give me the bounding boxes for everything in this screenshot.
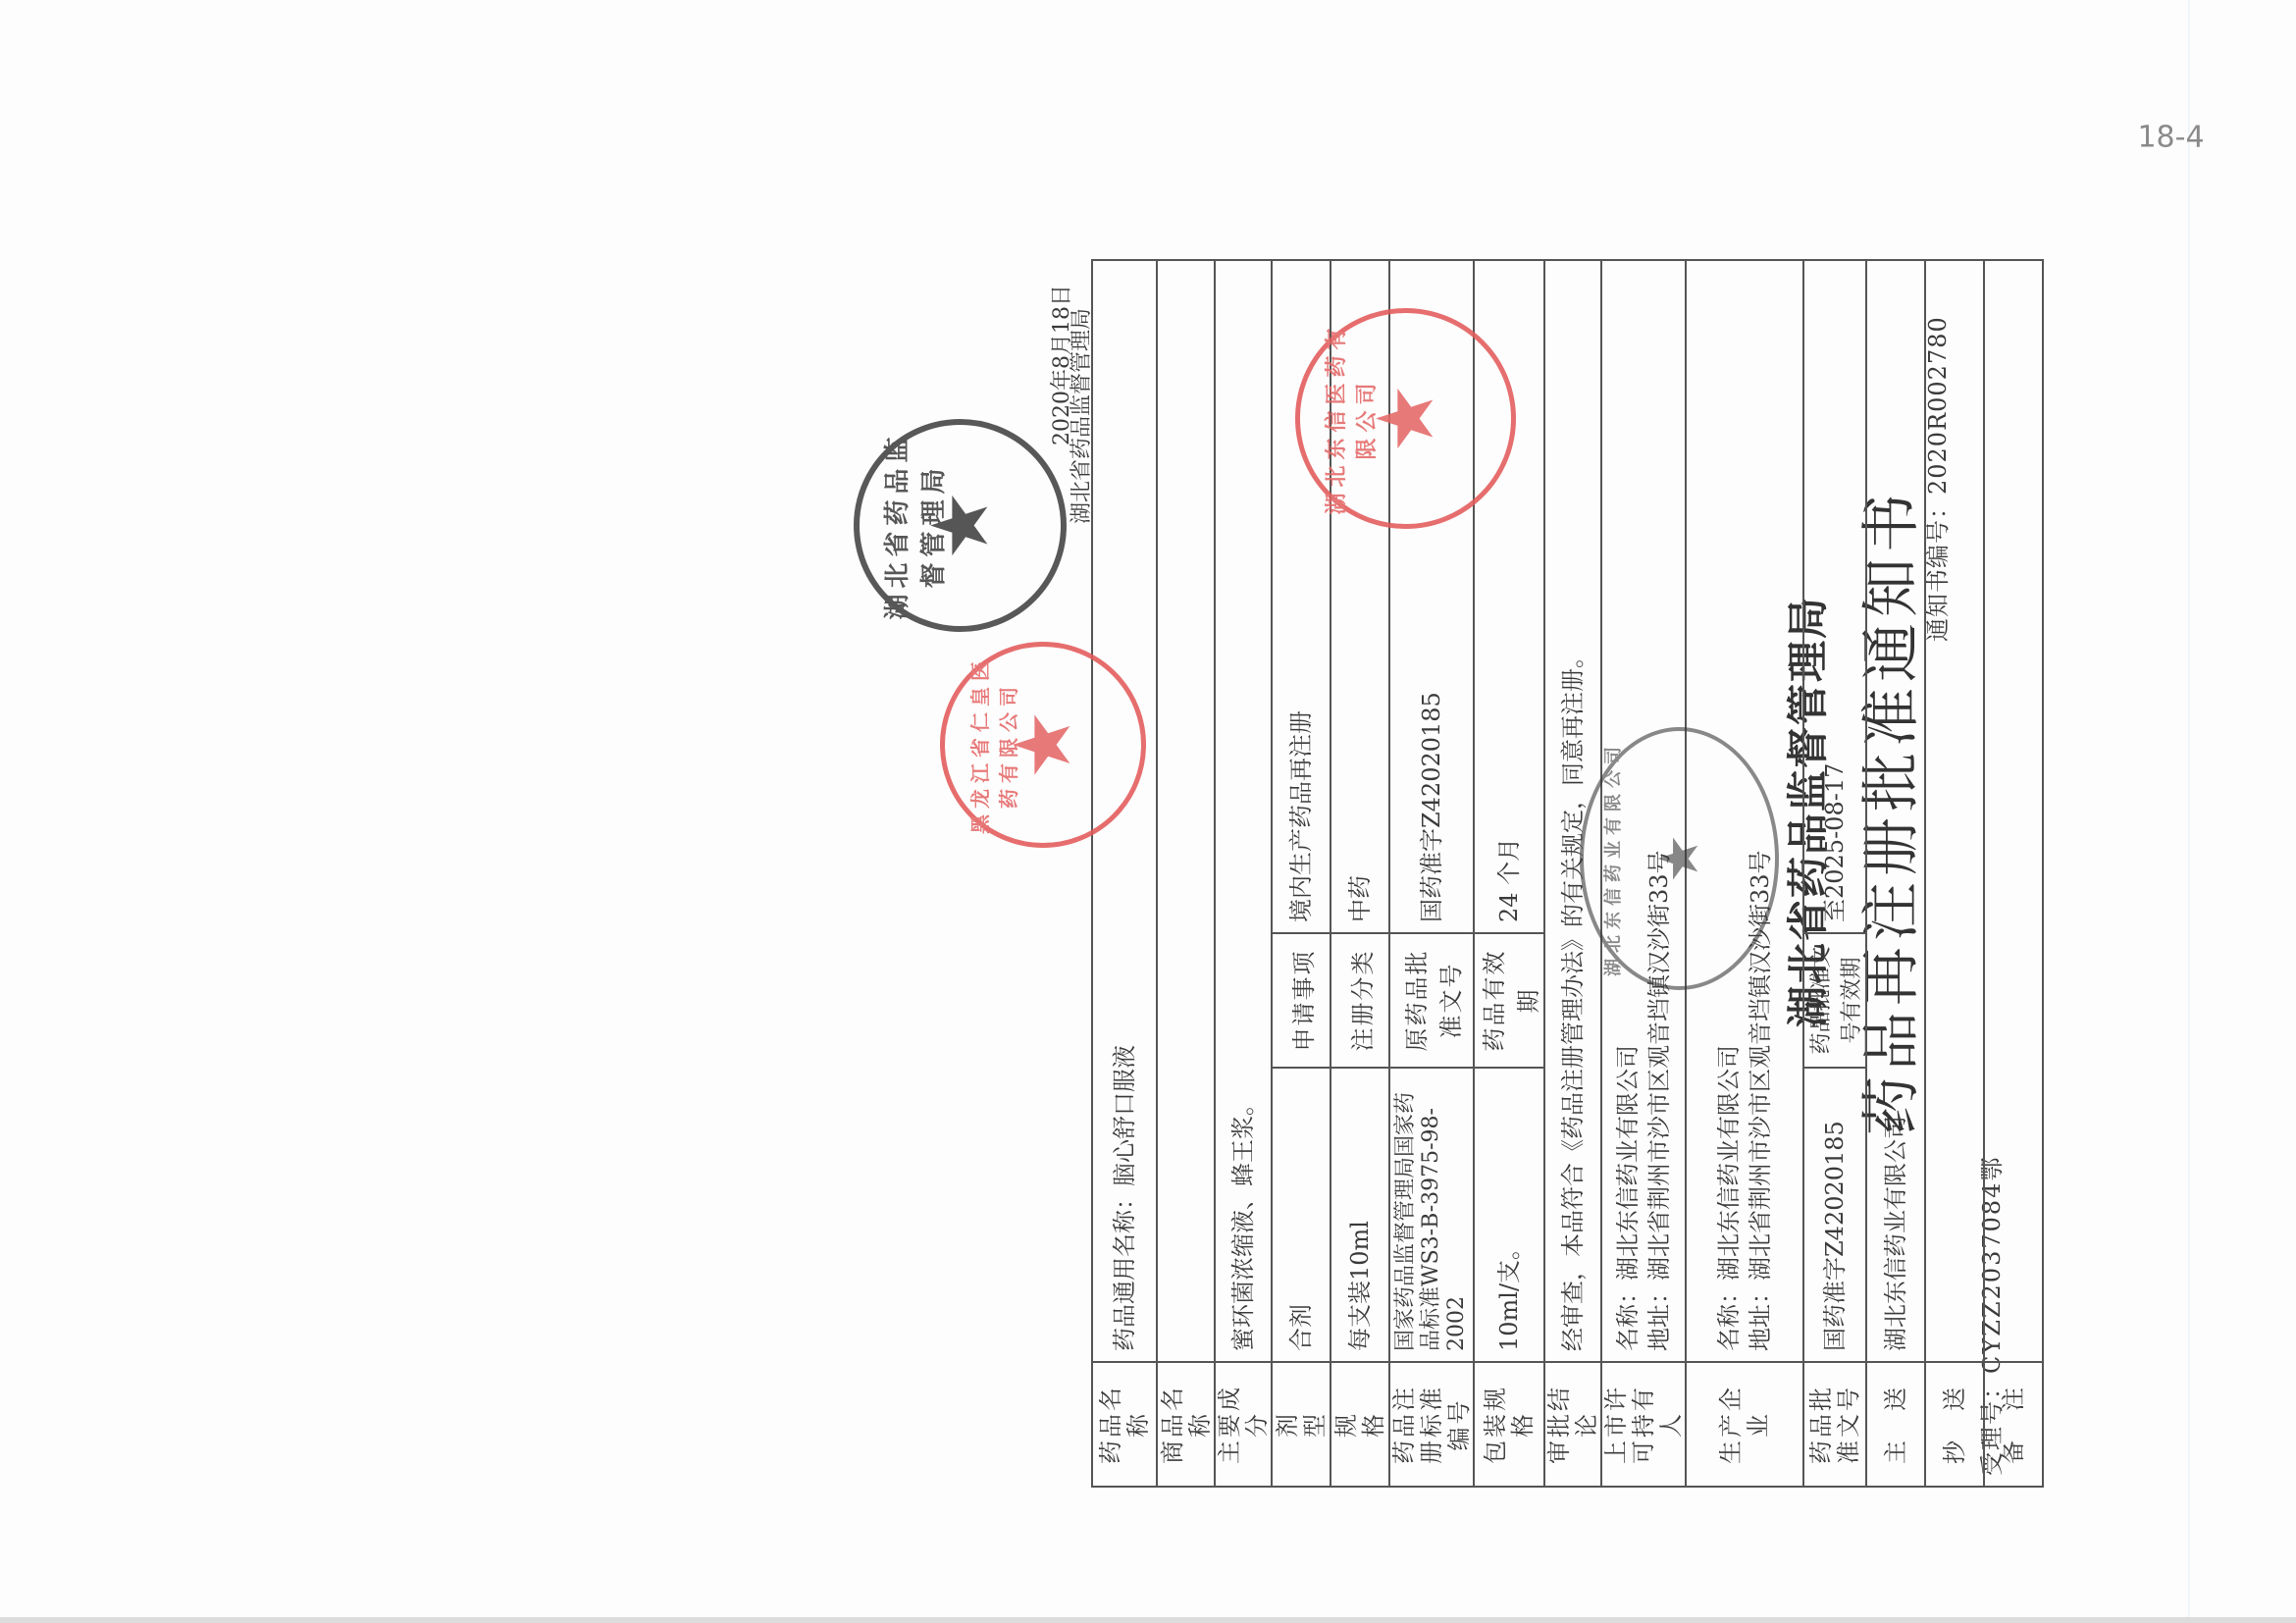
- registration-table: 药品名称 药品通用名称：脑心舒口服液 商品名称 主要成分 蜜环菌浓缩液、蜂王浆。…: [1091, 259, 2044, 1488]
- package-value: 10ml/支。: [1474, 1068, 1544, 1362]
- main-recipient-value: 湖北东信药业有限公司: [1866, 260, 1925, 1362]
- approval-no-value: 国药准字Z42020185: [1803, 1068, 1866, 1362]
- mah-label: 上市许可持有人: [1601, 1362, 1686, 1487]
- table-row: 药品批准文号 国药准字Z42020185 药品批准文号有效期 至2025-08-…: [1803, 260, 1866, 1487]
- table-row: 主 送 湖北东信药业有限公司: [1866, 260, 1925, 1487]
- table-row: 备 注: [1984, 260, 2043, 1487]
- company-seal-1-text: 湖北东信医药有限公司: [1320, 313, 1381, 524]
- approval-no-label: 药品批准文号: [1803, 1362, 1866, 1487]
- manufacturer-label: 生产企业: [1686, 1362, 1803, 1487]
- package-label: 包装规格: [1474, 1362, 1544, 1487]
- cc-value: [1925, 260, 1984, 1362]
- approval-validity-label: 药品批准文号有效期: [1803, 933, 1866, 1068]
- company-overlay-seal: ★ 湖北东信药业有限公司: [1580, 727, 1779, 990]
- overlay-seal-text: 湖北东信药业有限公司: [1599, 731, 1625, 986]
- handwritten-note: 18-4: [2137, 120, 2204, 154]
- spec-value: 每支装10ml: [1331, 1068, 1389, 1362]
- remarks-value: [1984, 260, 2043, 1362]
- shelf-life-label: 药品有效期: [1474, 933, 1544, 1068]
- main-recipient-label: 主 送: [1866, 1362, 1925, 1487]
- table-row: 抄 送: [1925, 260, 1984, 1487]
- company-seal-2-text: 黑龙江省仁皇医药有限公司: [965, 647, 1021, 843]
- spec-label: 规 格: [1331, 1362, 1389, 1487]
- company-seal-hubei: ★ 湖北东信医药有限公司: [1295, 308, 1516, 529]
- authority-seal-text: 湖北省药品监督管理局: [877, 425, 950, 626]
- ingredients-label: 主要成分: [1215, 1362, 1272, 1487]
- remarks-label: 备 注: [1984, 1362, 2043, 1487]
- star-icon: ★: [1652, 834, 1707, 883]
- signature-date: 2020年8月18日: [1045, 285, 1075, 445]
- dosage-form-label: 剂 型: [1272, 1362, 1331, 1487]
- conclusion-label: 审批结论: [1544, 1362, 1601, 1487]
- standard-label: 药品注册标准编号: [1389, 1362, 1474, 1487]
- drug-name-label: 药品名称: [1092, 1362, 1157, 1487]
- ingredients-value: 蜜环菌浓缩液、蜂王浆。: [1215, 260, 1272, 1362]
- orig-approval-label: 原药品批准文号: [1389, 933, 1474, 1068]
- table-row: 主要成分 蜜环菌浓缩液、蜂王浆。: [1215, 260, 1272, 1487]
- dosage-form-value: 合剂: [1272, 1068, 1331, 1362]
- category-label: 注册分类: [1331, 933, 1389, 1068]
- table-row: 药品名称 药品通用名称：脑心舒口服液: [1092, 260, 1157, 1487]
- company-seal-heilongjiang: ★ 黑龙江省仁皇医药有限公司: [940, 642, 1146, 848]
- trade-name-label: 商品名称: [1157, 1362, 1215, 1487]
- cc-label: 抄 送: [1925, 1362, 1984, 1487]
- application-label: 申请事项: [1272, 933, 1331, 1068]
- trade-name-value: [1157, 260, 1215, 1362]
- authority-seal: ★ 湖北省药品监督管理局: [854, 419, 1067, 632]
- standard-value: 国家药品监督管理局国家药品标准WS3-B-3975-98-2002: [1389, 1068, 1474, 1362]
- approval-validity-value: 至2025-08-17: [1803, 260, 1866, 933]
- document-page: 湖北省药品监督管理局 药品再注册批准通知书 受理号：CYZZ2037084鄂 通…: [0, 0, 2296, 1623]
- table-row: 商品名称: [1157, 260, 1215, 1487]
